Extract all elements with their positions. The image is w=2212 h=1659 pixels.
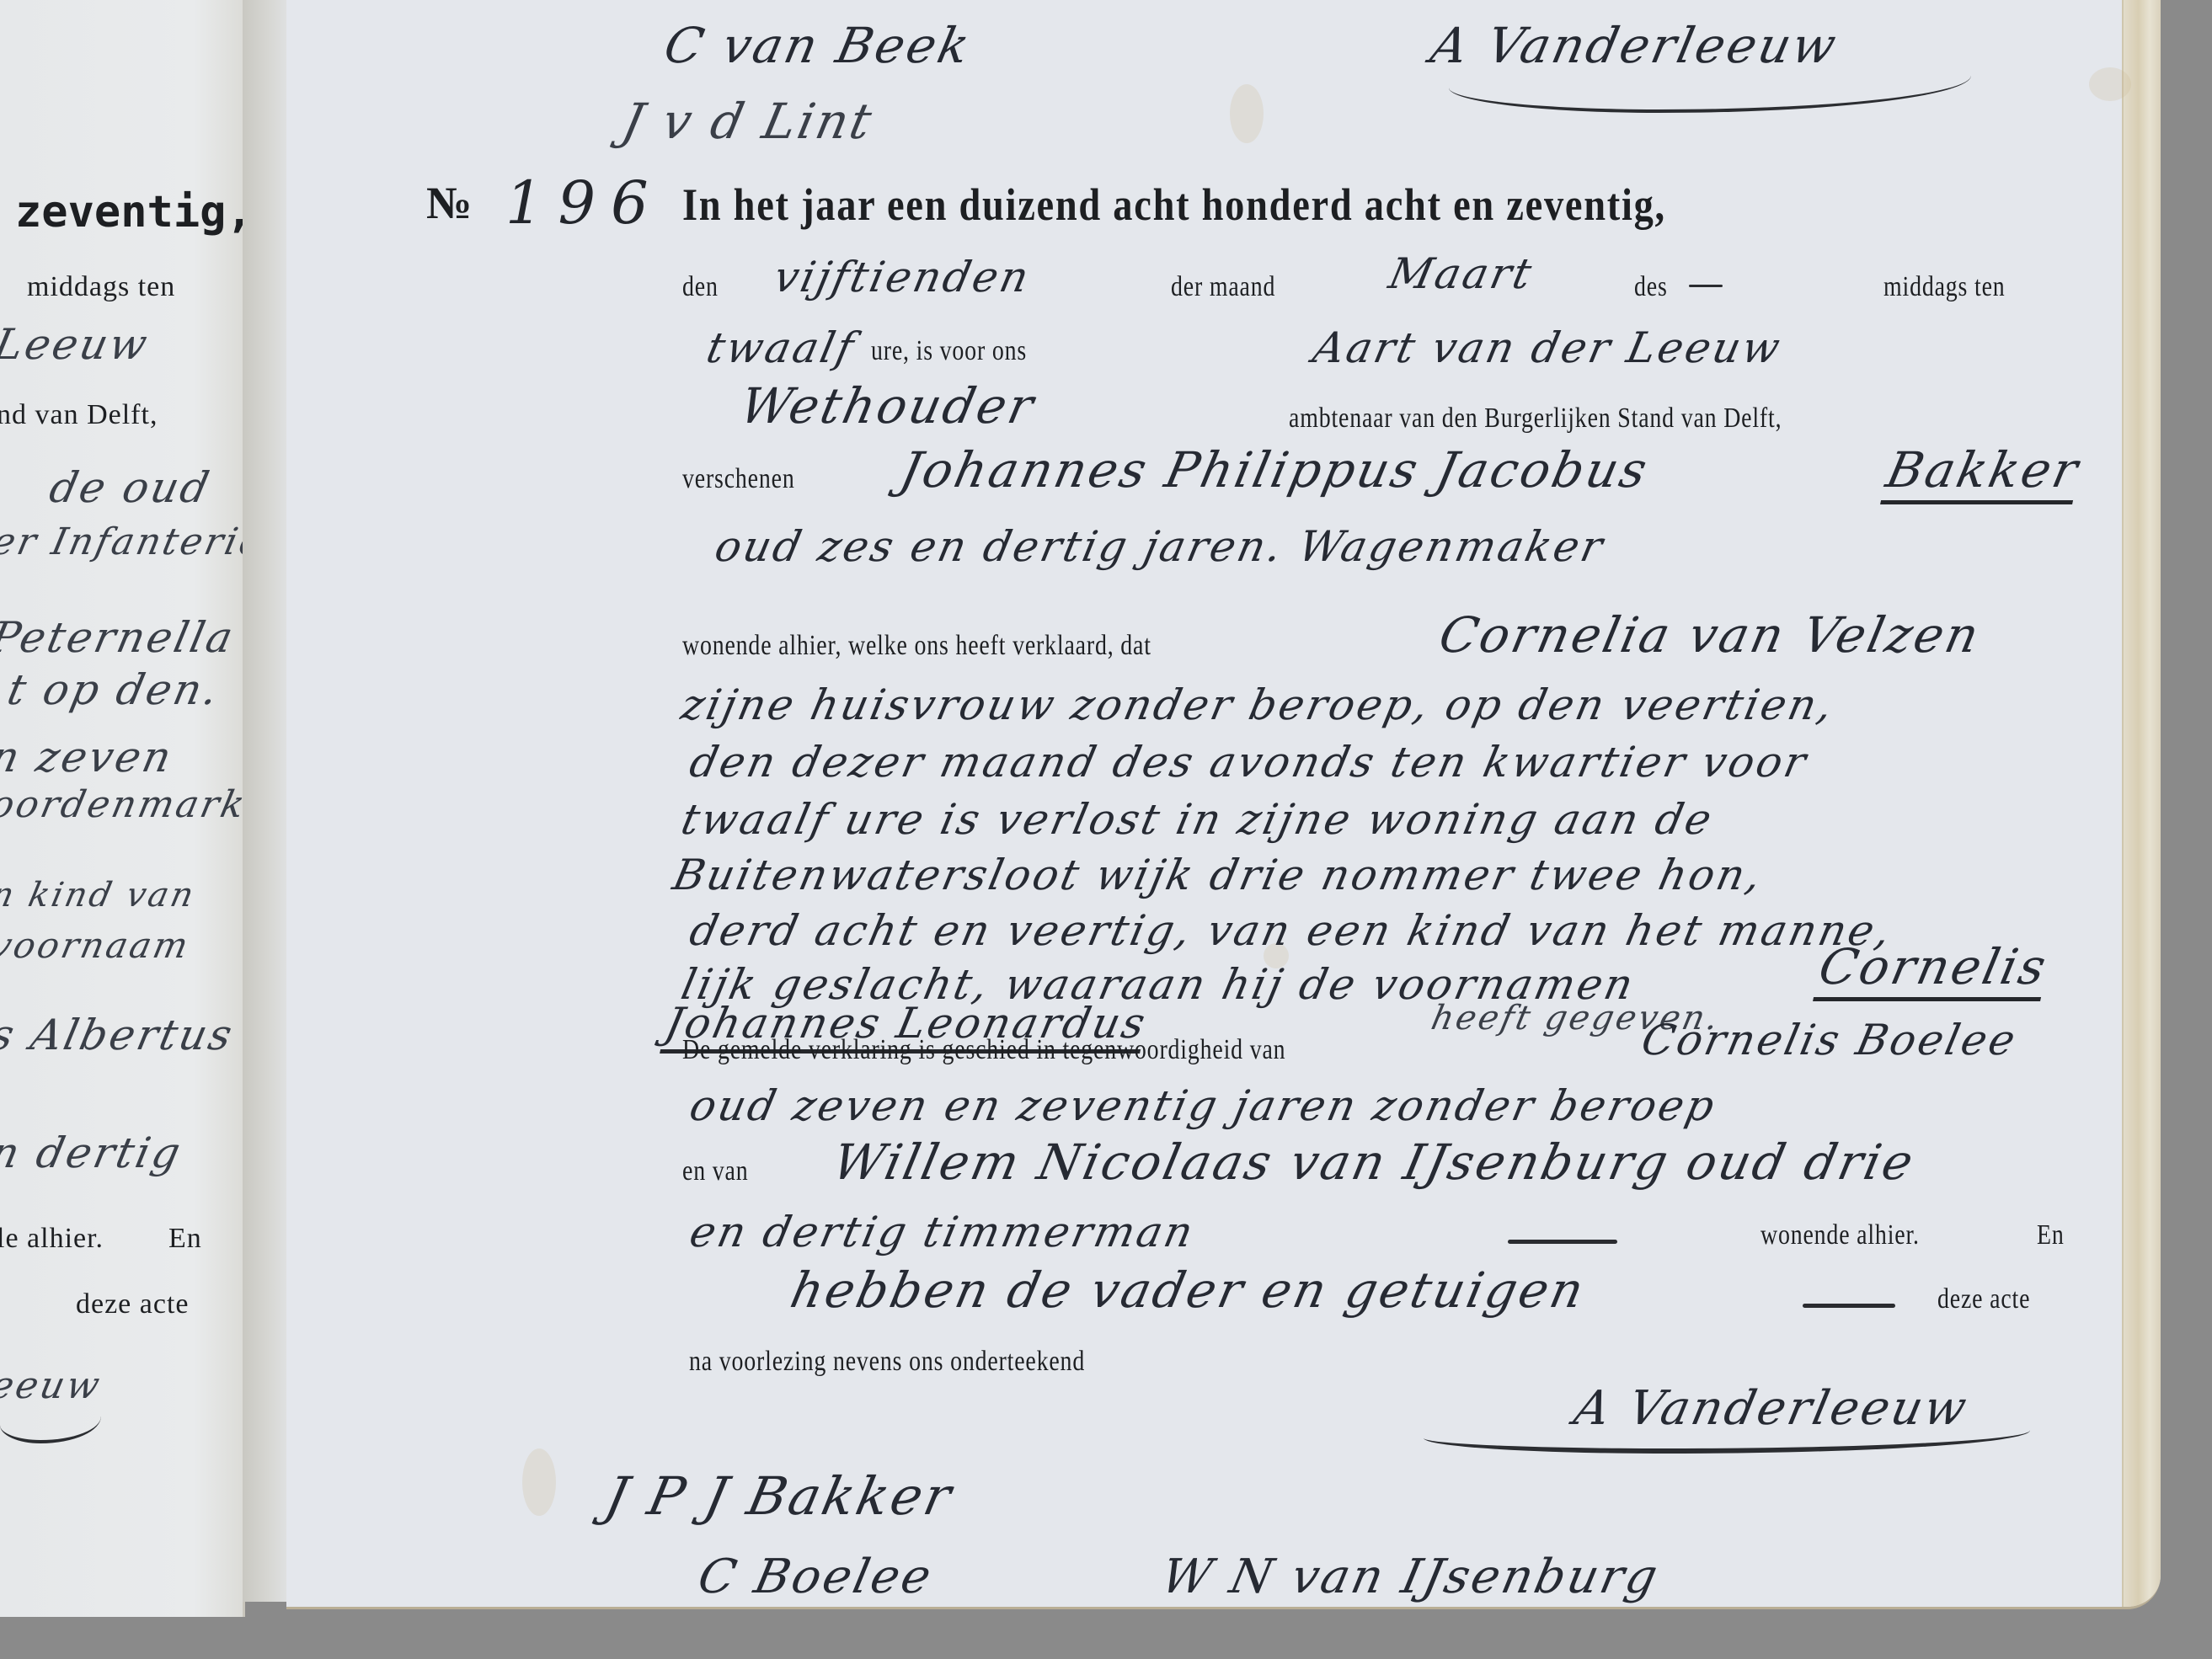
top-signature-van-beek: C van Beek bbox=[660, 17, 977, 74]
printed-en: En bbox=[2037, 1219, 2065, 1251]
hand-witness2-name: Willem Nicolaas van IJsenburg oud drie bbox=[828, 1134, 1921, 1191]
signature-witness2: W N van IJsenburg bbox=[1157, 1550, 1664, 1604]
left-hand-line: oordenmarkt bbox=[0, 783, 245, 826]
printed-deze-acte: deze acte bbox=[1937, 1283, 2030, 1315]
printed-ure-voor-ons: ure, is voor ons bbox=[871, 335, 1027, 367]
left-hand-line: Peternella bbox=[0, 613, 239, 662]
signature-father: J P J Bakker bbox=[600, 1465, 959, 1527]
printed-verschenen: verschenen bbox=[682, 463, 795, 495]
signature-witness1: C Boelee bbox=[693, 1550, 938, 1604]
left-hand-line: s Albertus bbox=[0, 1011, 238, 1059]
book-gutter bbox=[243, 0, 293, 1602]
record-heading: In het jaar een duizend acht honderd ach… bbox=[682, 179, 1666, 231]
printed-den: den bbox=[682, 271, 719, 303]
hand-signers: hebben de vader en getuigen bbox=[786, 1262, 1591, 1319]
paper-stain bbox=[1230, 84, 1264, 143]
printed-middags-ten: middags ten bbox=[1883, 271, 2006, 303]
hand-father-surname: Bakker bbox=[1880, 441, 2085, 504]
left-signature-flourish bbox=[0, 1398, 101, 1443]
blank-dash bbox=[1689, 285, 1723, 287]
left-printed-zeventig: zeventig, bbox=[15, 187, 245, 237]
blank-dash bbox=[1803, 1304, 1895, 1308]
left-hand-line: de oud bbox=[45, 463, 216, 512]
hand-witness1-name: Cornelis Boelee bbox=[1638, 1016, 2022, 1064]
paper-stain bbox=[2089, 67, 2131, 101]
printed-der-maand: der maand bbox=[1171, 271, 1275, 303]
left-printed-en: En bbox=[168, 1223, 202, 1255]
left-hand-line: n zeven bbox=[0, 733, 178, 781]
hand-father-given-names: Johannes Philippus Jacobus bbox=[895, 441, 1654, 499]
left-hand-line: t op den. bbox=[3, 665, 225, 714]
hand-day: vijftienden bbox=[770, 253, 1035, 301]
hand-official-title: Wethouder bbox=[735, 377, 1041, 435]
hand-witness2-details: en dertig timmerman bbox=[686, 1208, 1200, 1256]
hand-line: twaalf ure is verlost in zijne woning aa… bbox=[677, 795, 1718, 844]
printed-na-voorlezing: na voorlezing nevens ons onderteekend bbox=[689, 1346, 1085, 1378]
left-hand-line: er Infanterie. bbox=[0, 520, 245, 563]
hand-month: Maart bbox=[1385, 249, 1538, 298]
page-edge bbox=[2122, 0, 2161, 1607]
left-hand-line: n kind van bbox=[0, 876, 200, 915]
hand-line: derd acht en veertig, van een kind van h… bbox=[686, 906, 1897, 955]
left-printed-alhier: le alhier. bbox=[0, 1223, 104, 1255]
paper-stain bbox=[522, 1448, 556, 1516]
printed-des: des bbox=[1634, 271, 1668, 303]
printed-ambtenaar: ambtenaar van den Burgerlijken Stand van… bbox=[1289, 403, 1782, 435]
left-printed-delft: nd van Delft, bbox=[0, 399, 158, 431]
left-printed-middags: middags ten bbox=[27, 271, 175, 303]
hand-line: zijne huisvrouw zonder beroep, op den ve… bbox=[677, 680, 1840, 729]
top-signature-vd-lint: J v d Lint bbox=[617, 93, 879, 150]
hand-child-first-name: Cornelis bbox=[1813, 938, 2054, 1001]
hand-line: den dezer maand des avonds ten kwartier … bbox=[686, 738, 1813, 787]
hand-official-name: Aart van der Leeuw bbox=[1309, 323, 1787, 372]
hand-father-age-occupation: oud zes en dertig jaren. Wagenmaker bbox=[711, 522, 1610, 571]
printed-wonende-verklaard: wonende alhier, welke ons heeft verklaar… bbox=[682, 630, 1151, 662]
hand-hour: twaalf bbox=[703, 323, 860, 372]
record-number-label: № bbox=[426, 177, 472, 229]
left-hand-line: n dertig bbox=[0, 1128, 187, 1177]
printed-en-van: en van bbox=[682, 1155, 748, 1187]
printed-wonende-alhier: wonende alhier. bbox=[1761, 1219, 1920, 1251]
left-hand-line: Leeuw bbox=[0, 320, 154, 369]
left-page: zeventig, middags ten Leeuw nd van Delft… bbox=[0, 0, 245, 1617]
left-hand-line: voornaam bbox=[0, 925, 195, 966]
hand-witness1-details: oud zeven en zeventig jaren zonder beroe… bbox=[686, 1081, 1721, 1130]
record-number-value: 196 bbox=[505, 168, 664, 237]
blank-dash bbox=[1508, 1240, 1617, 1244]
hand-mother-name: Cornelia van Velzen bbox=[1435, 606, 1986, 664]
printed-verklaring-tegenwoordigheid: De gemelde verklaring is geschied in teg… bbox=[682, 1034, 1285, 1066]
hand-line: Buitenwatersloot wijk drie nommer twee h… bbox=[669, 851, 1768, 899]
left-printed-deze-acte: deze acte bbox=[76, 1288, 190, 1320]
